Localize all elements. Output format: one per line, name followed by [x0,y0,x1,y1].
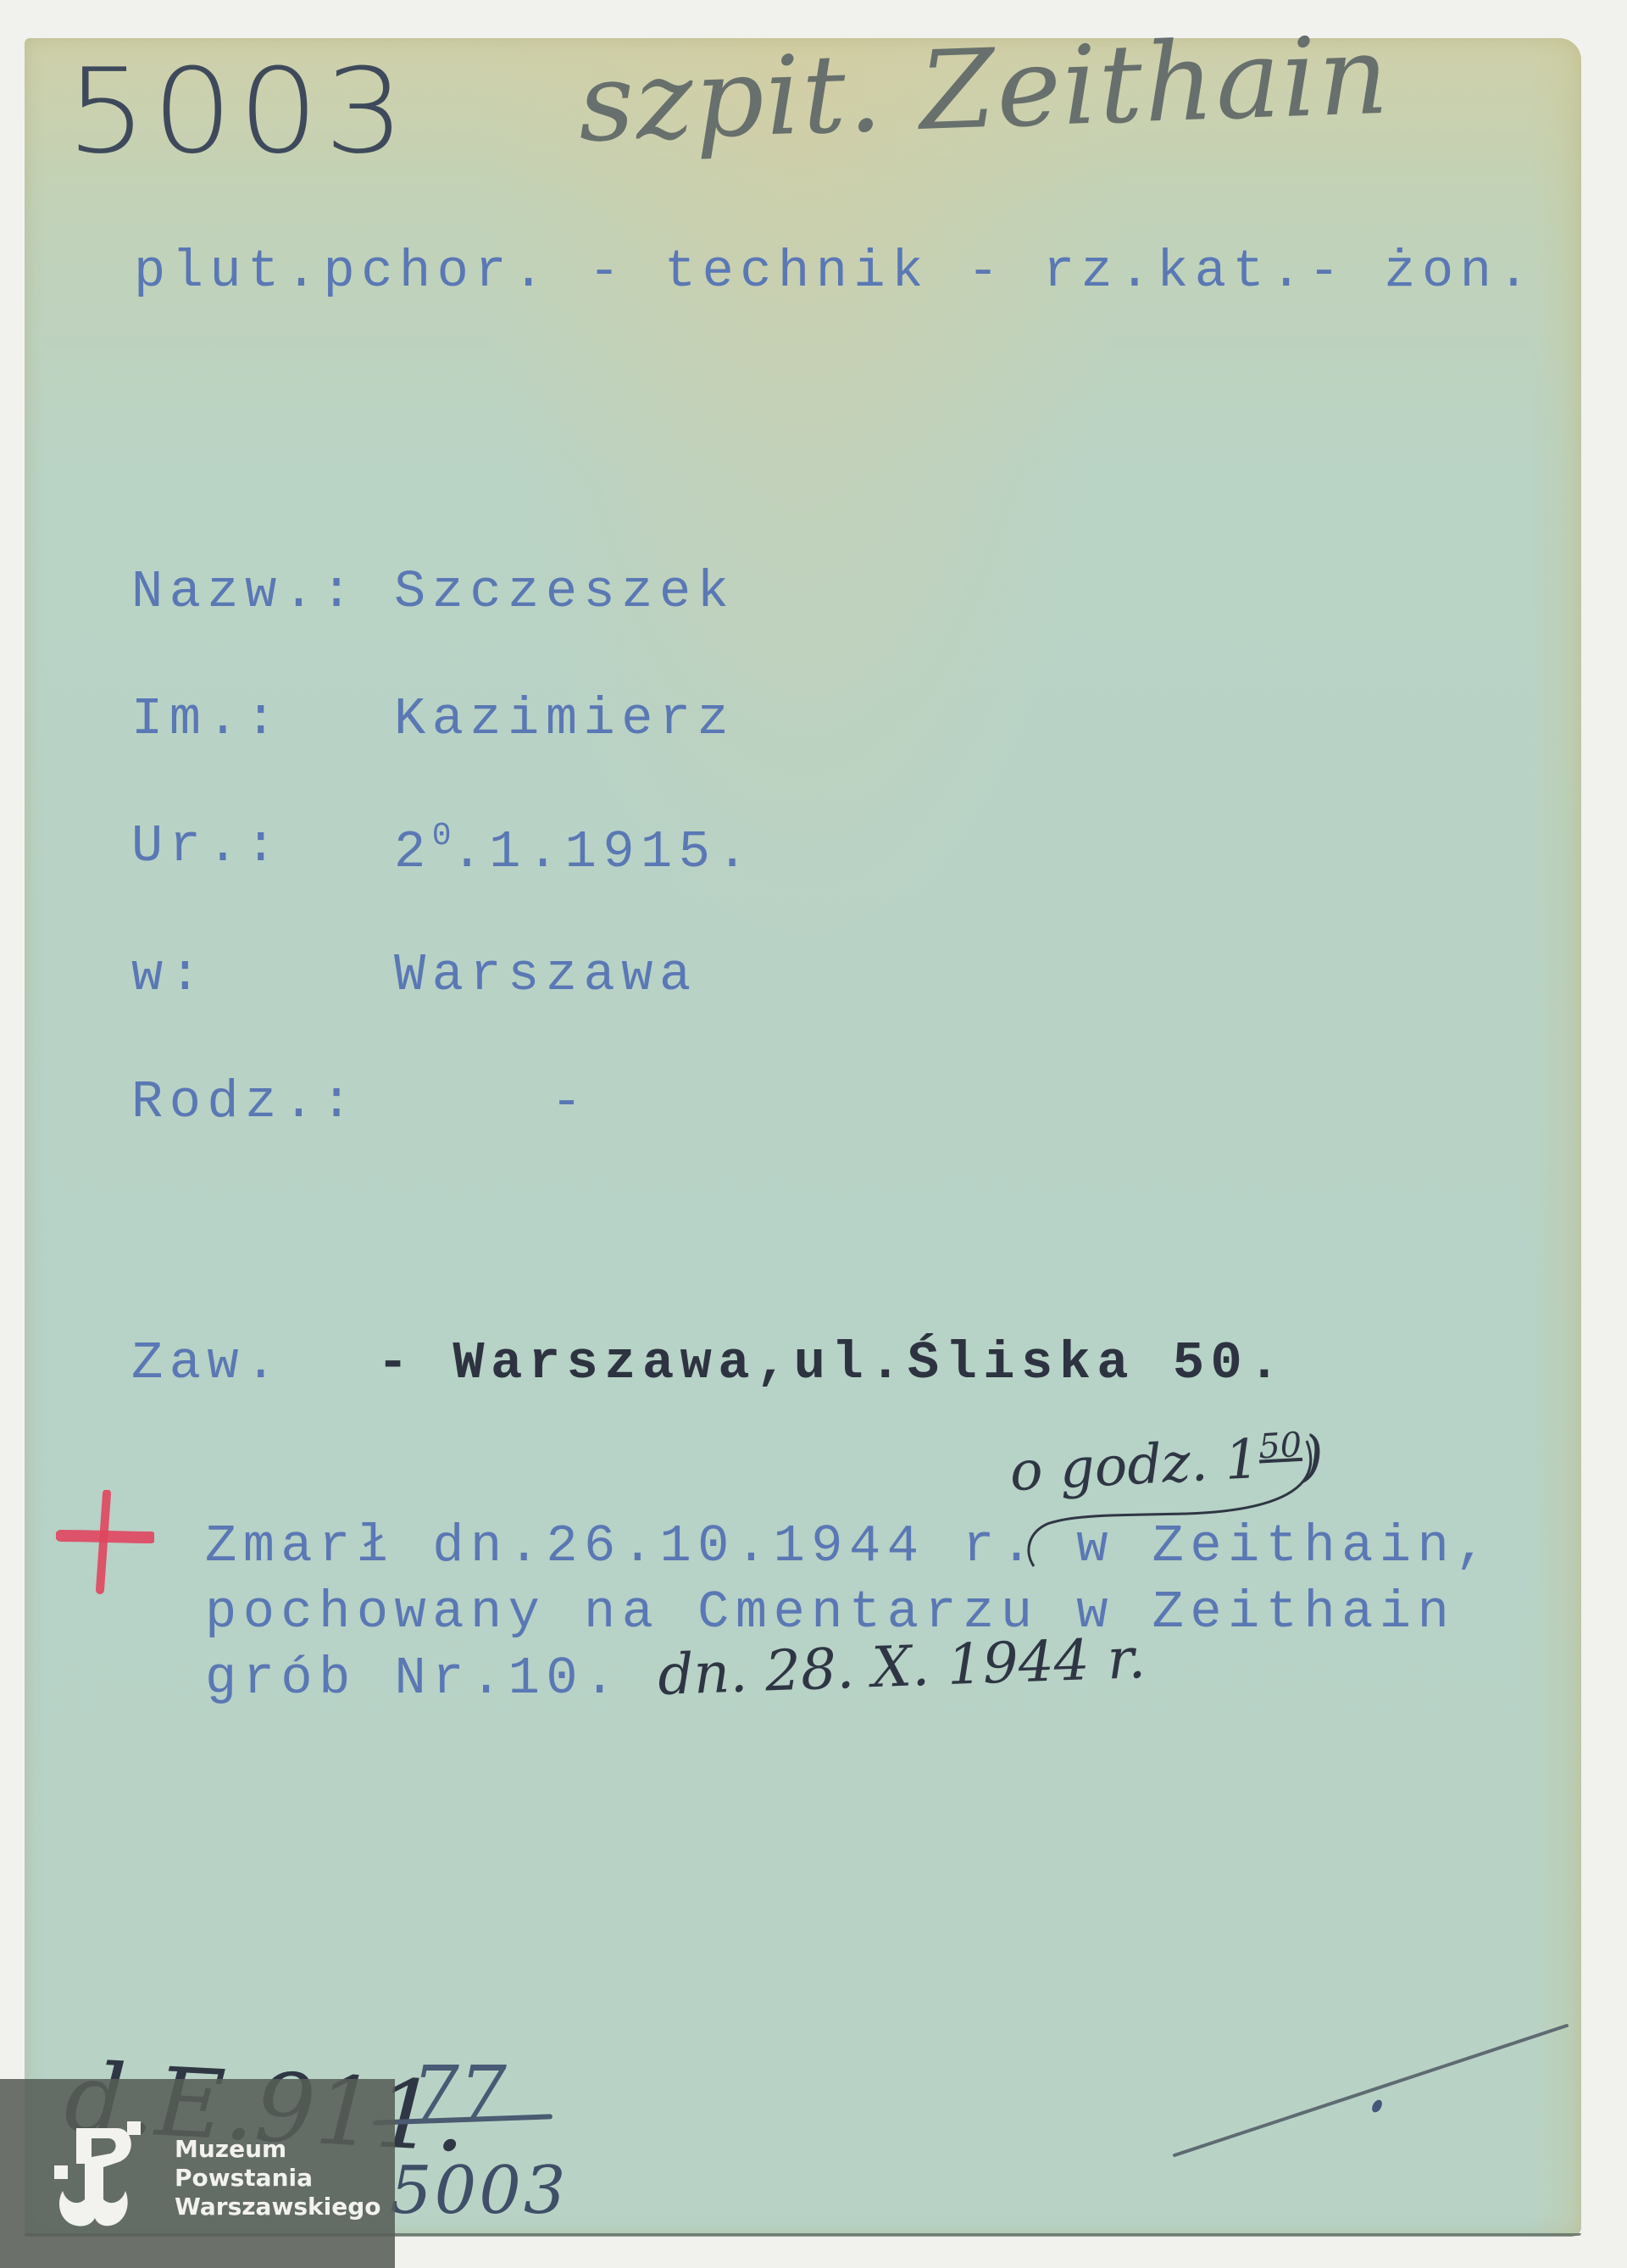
field-value-family: - [551,1076,589,1129]
residence-label: Zaw. [131,1337,283,1390]
field-label-family: Rodz.: [131,1076,358,1129]
footer-file-number: 5003 [390,2153,569,2229]
field-value-first-name: Kazimierz [394,693,735,746]
file-number-handwritten: 5003 [66,44,410,180]
field-label-birth-date: Ur.: [131,820,283,873]
museum-name-line-1: Muzeum [175,2135,380,2164]
death-time-minutes: 50 [1258,1426,1302,1467]
kotwica-anchor-logo-icon [54,2121,149,2230]
death-line-3: grób Nr.10. [205,1653,622,1705]
museum-name-line-2: Powstania [175,2164,380,2193]
death-line-1: Zmarł dn.26.10.1944 r. w Zeithain, [205,1520,1493,1573]
paper-edge-tint [1530,38,1581,2236]
rank-line: plut.pchor. - technik - rz.kat.- żon. [134,246,1535,298]
field-value-birth-date: 20.1.1915. [394,820,754,879]
birth-date-superscript: 0 [432,818,452,854]
museum-name-line-3: Warszawskiego [175,2193,380,2221]
death-line-2: pochowany na Cmentarzu w Zeithain [205,1587,1455,1639]
museum-name: Muzeum Powstania Warszawskiego [175,2135,380,2221]
field-label-first-name: Im.: [131,693,283,746]
field-value-surname: Szczeszek [394,566,735,619]
count-note: 77 [412,2049,507,2137]
field-value-birth-place: Warszawa [394,949,697,1002]
field-label-surname: Nazw.: [131,566,358,619]
birth-date-prefix: 2 [394,822,432,882]
index-card [25,38,1581,2236]
field-label-birth-place: w: [131,949,207,1002]
residence-value: - Warszawa,ul.Śliska 50. [377,1337,1286,1390]
museum-watermark: Muzeum Powstania Warszawskiego [0,2079,395,2268]
red-cross-icon [56,1490,154,1595]
death-time-text: o godz. 1 [1008,1428,1261,1504]
birth-date-rest: .1.1915. [452,822,755,882]
